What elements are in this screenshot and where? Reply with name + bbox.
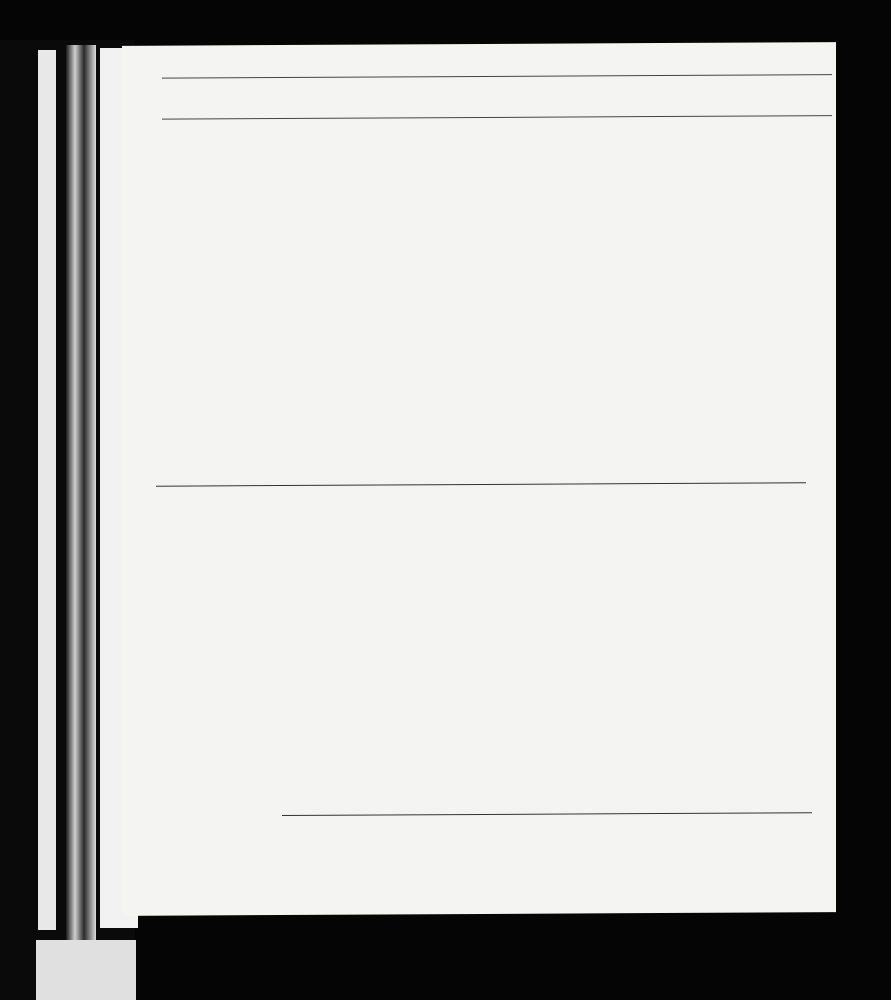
ledger-page [122, 42, 836, 916]
binding-edge [38, 50, 56, 930]
section-divider [156, 482, 806, 486]
binding-tab [36, 940, 136, 1000]
column-header-row [162, 74, 832, 120]
sum-divider [282, 812, 812, 816]
binding-fold [66, 45, 96, 945]
